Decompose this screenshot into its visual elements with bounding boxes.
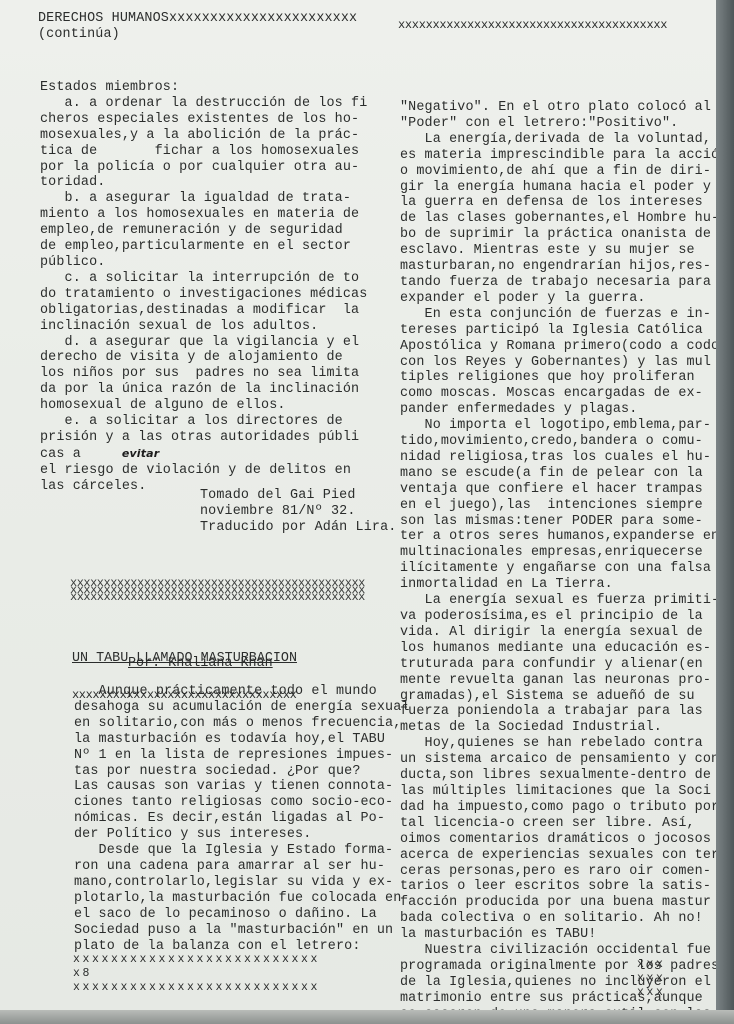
text-line: e. a solicitar a los directores de [40, 414, 367, 430]
text-line: la masturbación es TABU! [400, 927, 727, 943]
text-line: tando fuerza de trabajo necesaria para [400, 275, 727, 291]
text-line: ron una cadena para amarrar al ser hu- [74, 859, 410, 875]
article-right-text: "Negativo". En el otro plato colocó al"P… [400, 100, 727, 1023]
text-line: homosexual de alguno de ellos. [40, 398, 367, 414]
text-line: "Poder" con el letrero:"Positivo". [400, 116, 727, 132]
text-line: Aunque prácticamente todo el mundo [74, 684, 410, 700]
text-line: tas por nuestra sociedad. ¿Por que? [74, 764, 410, 780]
text-line: No importa el logotipo,emblema,par- [400, 418, 727, 434]
text-line: nidad religiosa,tras los cuales el hu- [400, 450, 727, 466]
text-line: de las clases gobernantes,el Hombre hu- [400, 211, 727, 227]
text-line: la masturbación es todavía hoy,el TABU [74, 732, 410, 748]
text-line: en solitario,con más o menos frecuencia, [74, 716, 410, 732]
text-line: la guerra en defensa de los intereses [400, 195, 727, 211]
text-line: La energía,derivada de la voluntad, [400, 132, 727, 148]
article-byline: Por: Khaliana Khan [128, 656, 273, 671]
credit-line: Traducido por Adán Lira. [200, 520, 396, 536]
text-line: mosexuales,y a la abolición de la prác- [40, 128, 367, 144]
text-line: facción producida por una buena mastur [400, 895, 727, 911]
text-line: masturbaran,no engendrarían hijos,res- [400, 259, 727, 275]
text-line: empleo,de remuneración y de seguridad [40, 223, 367, 239]
separator-rule: xxxxxxxxxxxxxxxxxxxxxxxxxxxxxxxxxxxxxxxx… [70, 580, 365, 601]
text-line: por la policía o por cualquier otra au- [40, 160, 367, 176]
text-line: el saco de lo pecaminoso o dañino. La [74, 907, 410, 923]
text-line: cas a evitar [40, 446, 367, 463]
text-line: Las causas son varias y tienen connota- [74, 779, 410, 795]
text-line: tido,movimiento,credo,bandera o comu- [400, 434, 727, 450]
separator-line: xxxxxxxxxxxxxxxxxxxxxxxxxxxxxxxxxxxxxxxx… [70, 594, 365, 601]
credit-line: noviembre 81/Nº 32. [200, 504, 396, 520]
text-line: gir la energía humana hacia el poder y [400, 180, 727, 196]
text-line: Nº 1 en la lista de represiones impues- [74, 748, 410, 764]
text-line: los niños por sus padres no sea limita [40, 366, 367, 382]
text-line: bo de suprimir la práctica onanista de [400, 227, 727, 243]
text-line: programada originalmente por los padres [400, 959, 727, 975]
text-line: prisión y a las otras autoridades públi [40, 430, 367, 446]
footer-line: xxx [637, 958, 666, 972]
text-line: en el juego),las intenciones siempre [400, 498, 727, 514]
text-line: cheros especiales existentes de los ho- [40, 112, 367, 128]
text-line: desahoga su acumulación de energía sexua… [74, 700, 410, 716]
header-rule-right: xxxxxxxxxxxxxxxxxxxxxxxxxxxxxxxxxxxxxxx [398, 18, 667, 34]
source-credit: Tomado del Gai Piednoviembre 81/Nº 32.Tr… [200, 488, 396, 536]
text-line: Estados miembros: [40, 80, 367, 96]
footer-line: xxx [637, 986, 666, 1000]
text-line: b. a asegurar la igualdad de trata- [40, 191, 367, 207]
text-line: expander el poder y la guerra. [400, 291, 727, 307]
text-line: metas de la Sociedad Industrial. [400, 720, 727, 736]
text-line: tereses participó la Iglesia Católica [400, 323, 727, 339]
text-line: obligatorias,destinadas a modificar la [40, 303, 367, 319]
text-line: oimos comentarios dramáticos o jocosos [400, 832, 727, 848]
text-line: da por la única razón de la inclinación [40, 382, 367, 398]
text-line: esclavo. Mientras este y su mujer se [400, 243, 727, 259]
text-line: tal licencia-o creen ser libre. Así, [400, 816, 727, 832]
text-line: pander enfermedades y plagas. [400, 402, 727, 418]
text-line: toridad. [40, 175, 367, 191]
text-line: Hoy,quienes se han rebelado contra [400, 736, 727, 752]
text-line: "Negativo". En el otro plato colocó al [400, 100, 727, 116]
text-line: matrimonio entre sus prácticas,aunque [400, 991, 727, 1007]
text-line: fuerza poniendola a trabajar para las [400, 704, 727, 720]
text-line: do tratamiento o investigaciones médicas [40, 287, 367, 303]
credit-line: Tomado del Gai Pied [200, 488, 396, 504]
typewritten-page: DERECHOS HUMANOSxxxxxxxxxxxxxxxxxxxxxxx … [0, 0, 716, 1014]
text-line: ventaja que confiere el hacer trampas [400, 482, 727, 498]
paper-bottom-edge [0, 1010, 734, 1024]
text-line: es materia imprescindible para la acción [400, 148, 727, 164]
text-line: o movimiento,de ahí que a fin de diri- [400, 164, 727, 180]
text-line: En esta conjunción de fuerzas e in- [400, 307, 727, 323]
text-line: Desde que la Iglesia y Estado forma- [74, 843, 410, 859]
text-line: gramadas),el Sistema se adueñó de su [400, 689, 727, 705]
text-line: plotarlo,la masturbación fue colocada en [74, 891, 410, 907]
text-line: con los Reyes y Gobernantes) y las mul [400, 355, 727, 371]
text-line: tica de fichar a los homosexuales [40, 144, 367, 160]
text-line: inclinación sexual de los adultos. [40, 319, 367, 335]
header-title: DERECHOS HUMANOSxxxxxxxxxxxxxxxxxxxxxxx [38, 11, 357, 26]
text-line: son las mismas:tener PODER para some- [400, 514, 727, 530]
text-line: dad ha impuesto,como pago o tributo por [400, 800, 727, 816]
text-line: inmortalidad en La Tierra. [400, 577, 727, 593]
text-line: las múltiples limitaciones que la Soci [400, 784, 727, 800]
text-line: ilícitamente y engañarse con una falsa [400, 561, 727, 577]
text-line: tiples religiones que hoy proliferan [400, 370, 727, 386]
text-line: der Político y sus intereses. [74, 827, 410, 843]
footer-line: xxxxxxxxxxxxxxxxxxxxxxxxxx [73, 953, 320, 967]
text-line: tarios o leer escritos sobre la satis- [400, 879, 727, 895]
header-continued: (continúa) [38, 27, 120, 42]
text-line: bada colectiva o en solitario. Ah no! [400, 911, 727, 927]
footer-line: xxx [637, 972, 666, 986]
text-line: acerca de experiencias sexuales con ter [400, 848, 727, 864]
text-line: vida. Al dirigir la energía sexual de [400, 625, 727, 641]
text-line: La energía sexual es fuerza primiti- [400, 593, 727, 609]
text-line: mente revuelta ganan las neuronas pro- [400, 673, 727, 689]
text-line: truturada para confundir y alienar(en [400, 657, 727, 673]
text-line: un sistema arcaico de pensamiento y con [400, 752, 727, 768]
text-line: Nuestra civilización occidental fue [400, 943, 727, 959]
footer-rule-right: xxxxxxxxx [637, 958, 666, 1000]
text-line: multinacionales empresas,enriquecerse [400, 545, 727, 561]
text-line: mano,controlarlo,legislar su vida y ex- [74, 875, 410, 891]
text-line: miento a los homosexuales en materia de [40, 207, 367, 223]
left-column-text: Estados miembros: a. a ordenar la destru… [40, 80, 367, 495]
footer-line: x8 [73, 967, 320, 981]
text-line: ciones tanto religiosas como socio-eco- [74, 795, 410, 811]
text-line: público. [40, 255, 367, 271]
text-line: ceras personas,pero es raro oir comen- [400, 864, 727, 880]
text-line: d. a asegurar que la vigilancia y el [40, 335, 367, 351]
text-line: los humanos mediante una educación es- [400, 641, 727, 657]
text-line: de empleo,particularmente en el sector [40, 239, 367, 255]
footer-line: xxxxxxxxxxxxxxxxxxxxxxxxxx [73, 981, 320, 995]
text-line: derecho de visita y de alojamiento de [40, 350, 367, 366]
page-header: DERECHOS HUMANOSxxxxxxxxxxxxxxxxxxxxxxx … [38, 11, 357, 43]
text-line: mano se escude(a fin de pelear con la [400, 466, 727, 482]
text-line: como moscas. Moscas encargadas de ex- [400, 386, 727, 402]
background-edge [716, 0, 734, 1024]
text-line: a. a ordenar la destrucción de los fi [40, 96, 367, 112]
text-line: ducta,son libres sexualmente-dentro de [400, 768, 727, 784]
footer-rule-with-page-number: xxxxxxxxxxxxxxxxxxxxxxxxxxx8xxxxxxxxxxxx… [73, 953, 320, 995]
text-line: va poderosísima,es el principio de la [400, 609, 727, 625]
text-line: nómicas. Es decir,están ligadas al Po- [74, 811, 410, 827]
text-line: Sociedad puso a la "masturbación" en un [74, 923, 410, 939]
text-line: c. a solicitar la interrupción de to [40, 271, 367, 287]
text-line: ter a otros seres humanos,expanderse en [400, 529, 727, 545]
text-line: Apostólica y Romana primero(codo a codo [400, 339, 727, 355]
handwritten-correction: evitar [122, 447, 159, 460]
text-line: el riesgo de violación y de delitos en [40, 463, 367, 479]
article-left-text: Aunque prácticamente todo el mundodesaho… [74, 684, 410, 954]
text-line: de la Iglesia,quienes no incluyeron el [400, 975, 727, 991]
